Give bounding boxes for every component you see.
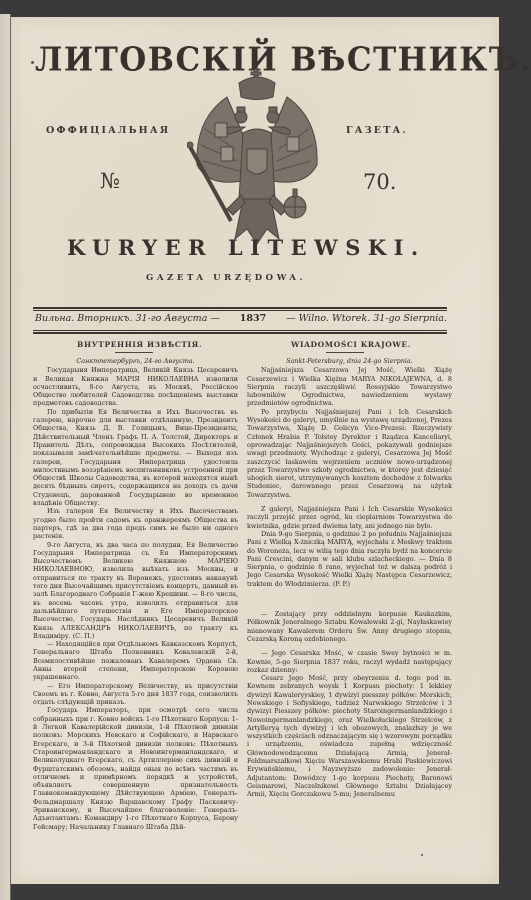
article-paragraph: Najjaśniejsza Cesarzowa Jej Mość, Wielki…: [247, 366, 452, 407]
adjacent-page-edge: [0, 14, 11, 900]
double-headed-eagle-icon: [187, 69, 327, 259]
dateline-year: 1837: [240, 313, 266, 324]
dateline-russian: Вильна. Вторникъ. 31-го Августа —: [35, 313, 220, 324]
newspaper-page: ЛИТОВСКIЙ ВѢСТНИКЪ. ОФФИЦIАЛЬНАЯ ГАЗЕТА.: [11, 17, 499, 884]
left-column-heading: ВНУТРЕННIЯ ИЗВѢСТIЯ.: [77, 340, 202, 349]
article-paragraph: — Zostający przy oddzielnym korpusie Kau…: [247, 610, 452, 643]
article-paragraph: По прибытiи Ея Величества и Ихъ Высочест…: [33, 408, 238, 508]
rule-bottom-thin: [33, 330, 447, 331]
article-paragraph: Po przybyciu Najjaśniejszej Pani i Ich C…: [247, 408, 452, 499]
article-paragraph: Cesarz Jego Mość, przy obeyrzeniu d. teg…: [247, 674, 452, 798]
rule-top-thick: [33, 307, 447, 309]
right-column-heading: WIADOMOŚCI KRAJOWE.: [291, 340, 411, 349]
article-paragraph: — Находящiйся при Отдѣльномъ Кавказскомъ…: [33, 640, 238, 681]
rule-top-thin: [33, 310, 447, 311]
right-column-polish: Sankt-Petersburg, dnia 24-go Sierpnia. N…: [247, 357, 452, 799]
masthead-title-polish: KURYER LITEWSKI.: [67, 235, 437, 260]
article-paragraph: Dnia 9-go Sierpnia, o godzinie 2 po połu…: [247, 530, 452, 588]
left-column-russian: Санктпетербургъ, 24-го Августа. Государы…: [33, 357, 238, 831]
issue-number: 70.: [363, 170, 396, 194]
dateline-polish: — Wilno. Wtorek. 31-go Sierpnia.: [286, 313, 447, 324]
left-heading-underline: [115, 352, 153, 353]
article-paragraph: Государыня Императрица, Великiй Князь Це…: [33, 366, 238, 407]
article-paragraph: Государь Императоръ, при осмотрѣ сего чи…: [33, 706, 238, 830]
article-paragraph: — Jego Cesarska Mość, w czasie Swey bytn…: [247, 649, 452, 674]
article-place-date: Санктпетербургъ, 24-го Августа.: [33, 357, 238, 365]
article-paragraph: Z galeryi, Najjaśniejsza Pani i Ich Cesa…: [247, 505, 452, 530]
paper-speck: [421, 854, 423, 856]
dateline: Вильна. Вторникъ. 31-го Августа — 1837 —…: [35, 313, 447, 324]
paper-speck: [31, 61, 34, 64]
masthead-subtitle-left: ОФФИЦIАЛЬНАЯ: [46, 125, 170, 136]
article-paragraph: — Его Императорскому Величеству, въ прис…: [33, 682, 238, 707]
masthead-subtitle-right: ГАЗЕТА.: [346, 125, 408, 136]
article-paragraph: Изъ галереи Ея Величеству и Ихъ Высочест…: [33, 507, 238, 540]
right-heading-underline: [326, 352, 364, 353]
article-paragraph: 9-го Августа, въ два часа по полудни, Ея…: [33, 541, 238, 641]
rule-bottom-thick: [33, 332, 447, 334]
issue-number-sign: №: [100, 169, 120, 193]
article-place-date: Sankt-Petersburg, dnia 24-go Sierpnia.: [247, 357, 452, 365]
masthead-subtitle-polish: GAZETA URZĘDOWA.: [146, 273, 306, 283]
